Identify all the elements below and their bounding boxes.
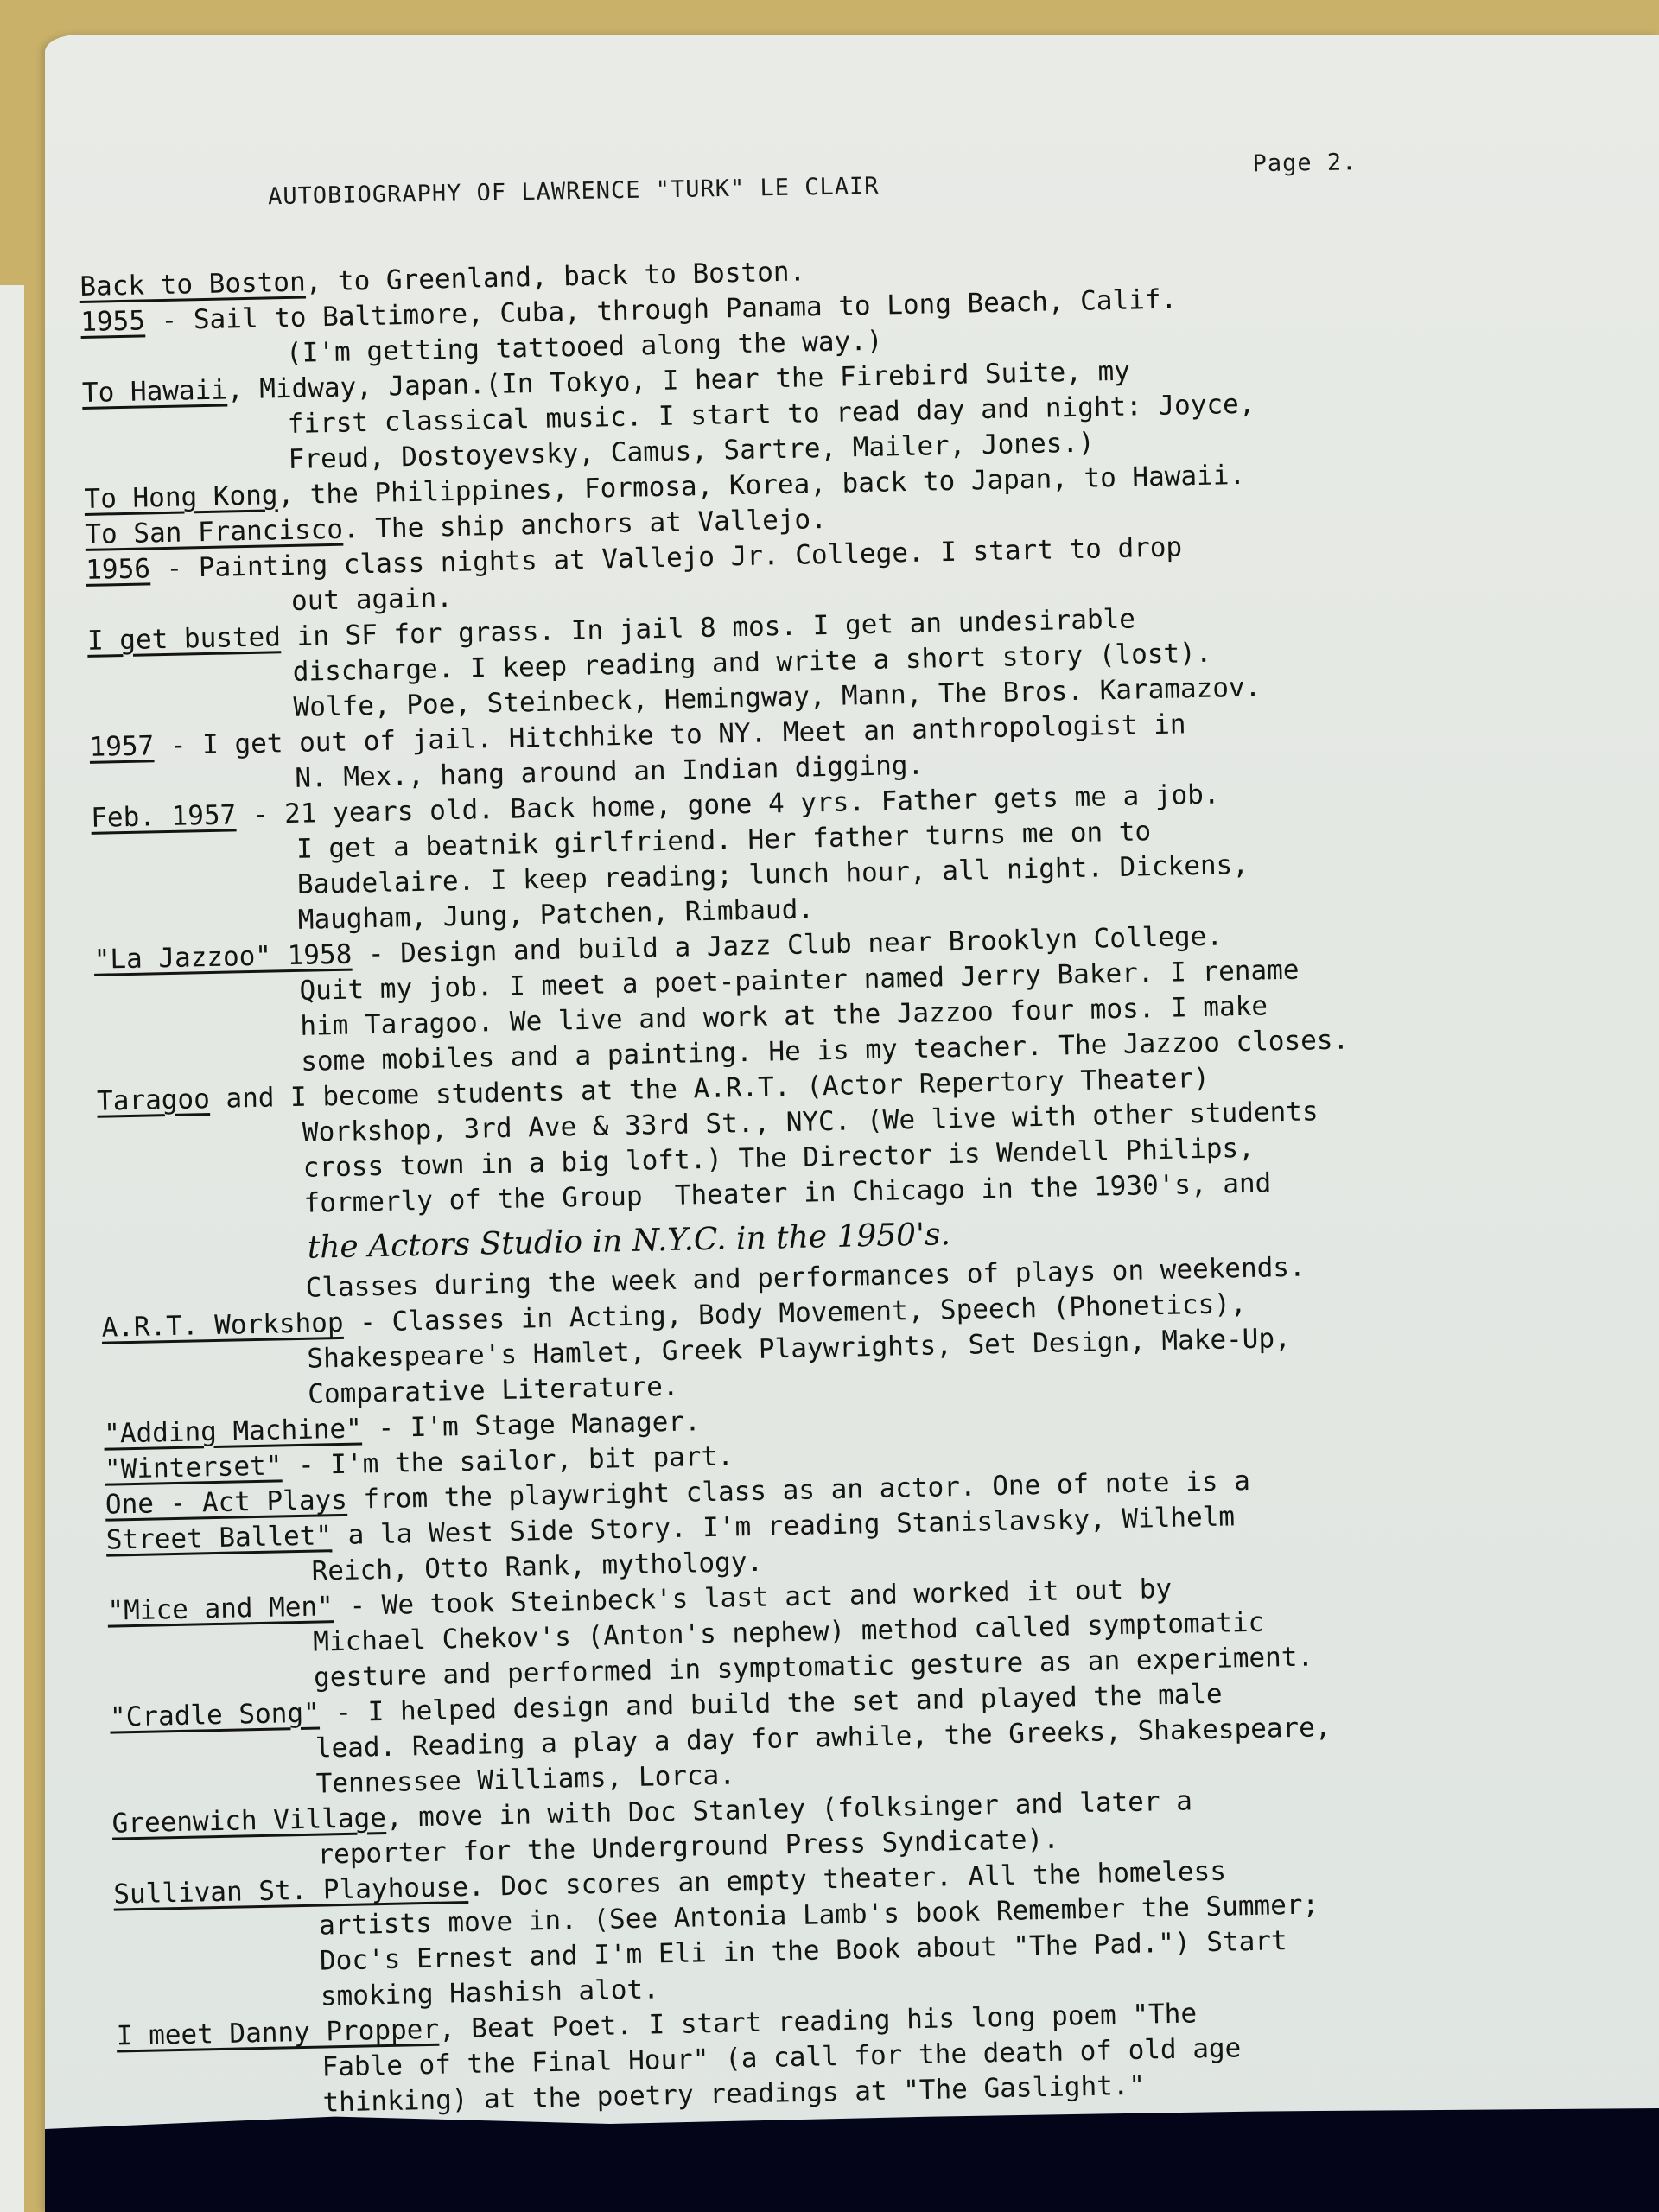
entry-heading: Greenwich Village xyxy=(111,1802,386,1840)
entry-heading: I meet Danny Propper xyxy=(116,2014,439,2052)
entry-heading: 1957 xyxy=(89,730,154,763)
entry-text: - I'm Stage Manager. xyxy=(361,1406,701,1444)
entry-heading: "Cradle Song" xyxy=(110,1698,320,1733)
entry-heading: Taragoo xyxy=(97,1084,210,1117)
entry-heading: Feb. 1957 xyxy=(91,799,237,834)
page-number: Page 2. xyxy=(1252,149,1357,177)
entry-heading: Back to Boston xyxy=(79,267,306,302)
backdrop-paper xyxy=(0,285,24,2212)
entry-heading: Street Ballet" xyxy=(105,1520,332,1555)
entry-heading: I get busted xyxy=(87,621,282,657)
entry-heading: A.R.T. Workshop xyxy=(101,1307,344,1344)
entry-heading: "La Jazzoo" 1958 xyxy=(93,939,352,976)
entry-heading: To San Francisco xyxy=(85,514,343,550)
entry-heading: Sullivan St. Playhouse xyxy=(113,1872,468,1910)
entry-heading: 1956 xyxy=(86,553,150,586)
dark-background-edge xyxy=(45,2108,1659,2212)
entry-text: Comparative Literature. xyxy=(308,1371,679,1410)
entry-text: smoking Hashish alot. xyxy=(321,1974,660,2012)
entries-section-2: A.R.T. Workshop - Classes in Acting, Bod… xyxy=(101,1279,1638,2126)
entry-heading: One - Act Plays xyxy=(105,1484,348,1521)
entry-heading: "Mice and Men" xyxy=(107,1591,334,1626)
document-body: Back to Boston, to Greenland, back to Bo… xyxy=(79,238,1640,2198)
entries-section-1: Back to Boston, to Greenland, back to Bo… xyxy=(79,238,1620,1226)
entry-heading: "Winterset" xyxy=(105,1450,283,1484)
entry-heading: "Adding Machine" xyxy=(104,1413,362,1449)
entry-heading: To Hawaii xyxy=(82,374,228,409)
entry-heading: 1955 xyxy=(80,305,145,338)
entry-text: out again. xyxy=(291,582,453,617)
entry-text: Tennessee Williams, Lorca. xyxy=(315,1759,735,1799)
entry-heading: To Hong Kong xyxy=(84,480,278,515)
